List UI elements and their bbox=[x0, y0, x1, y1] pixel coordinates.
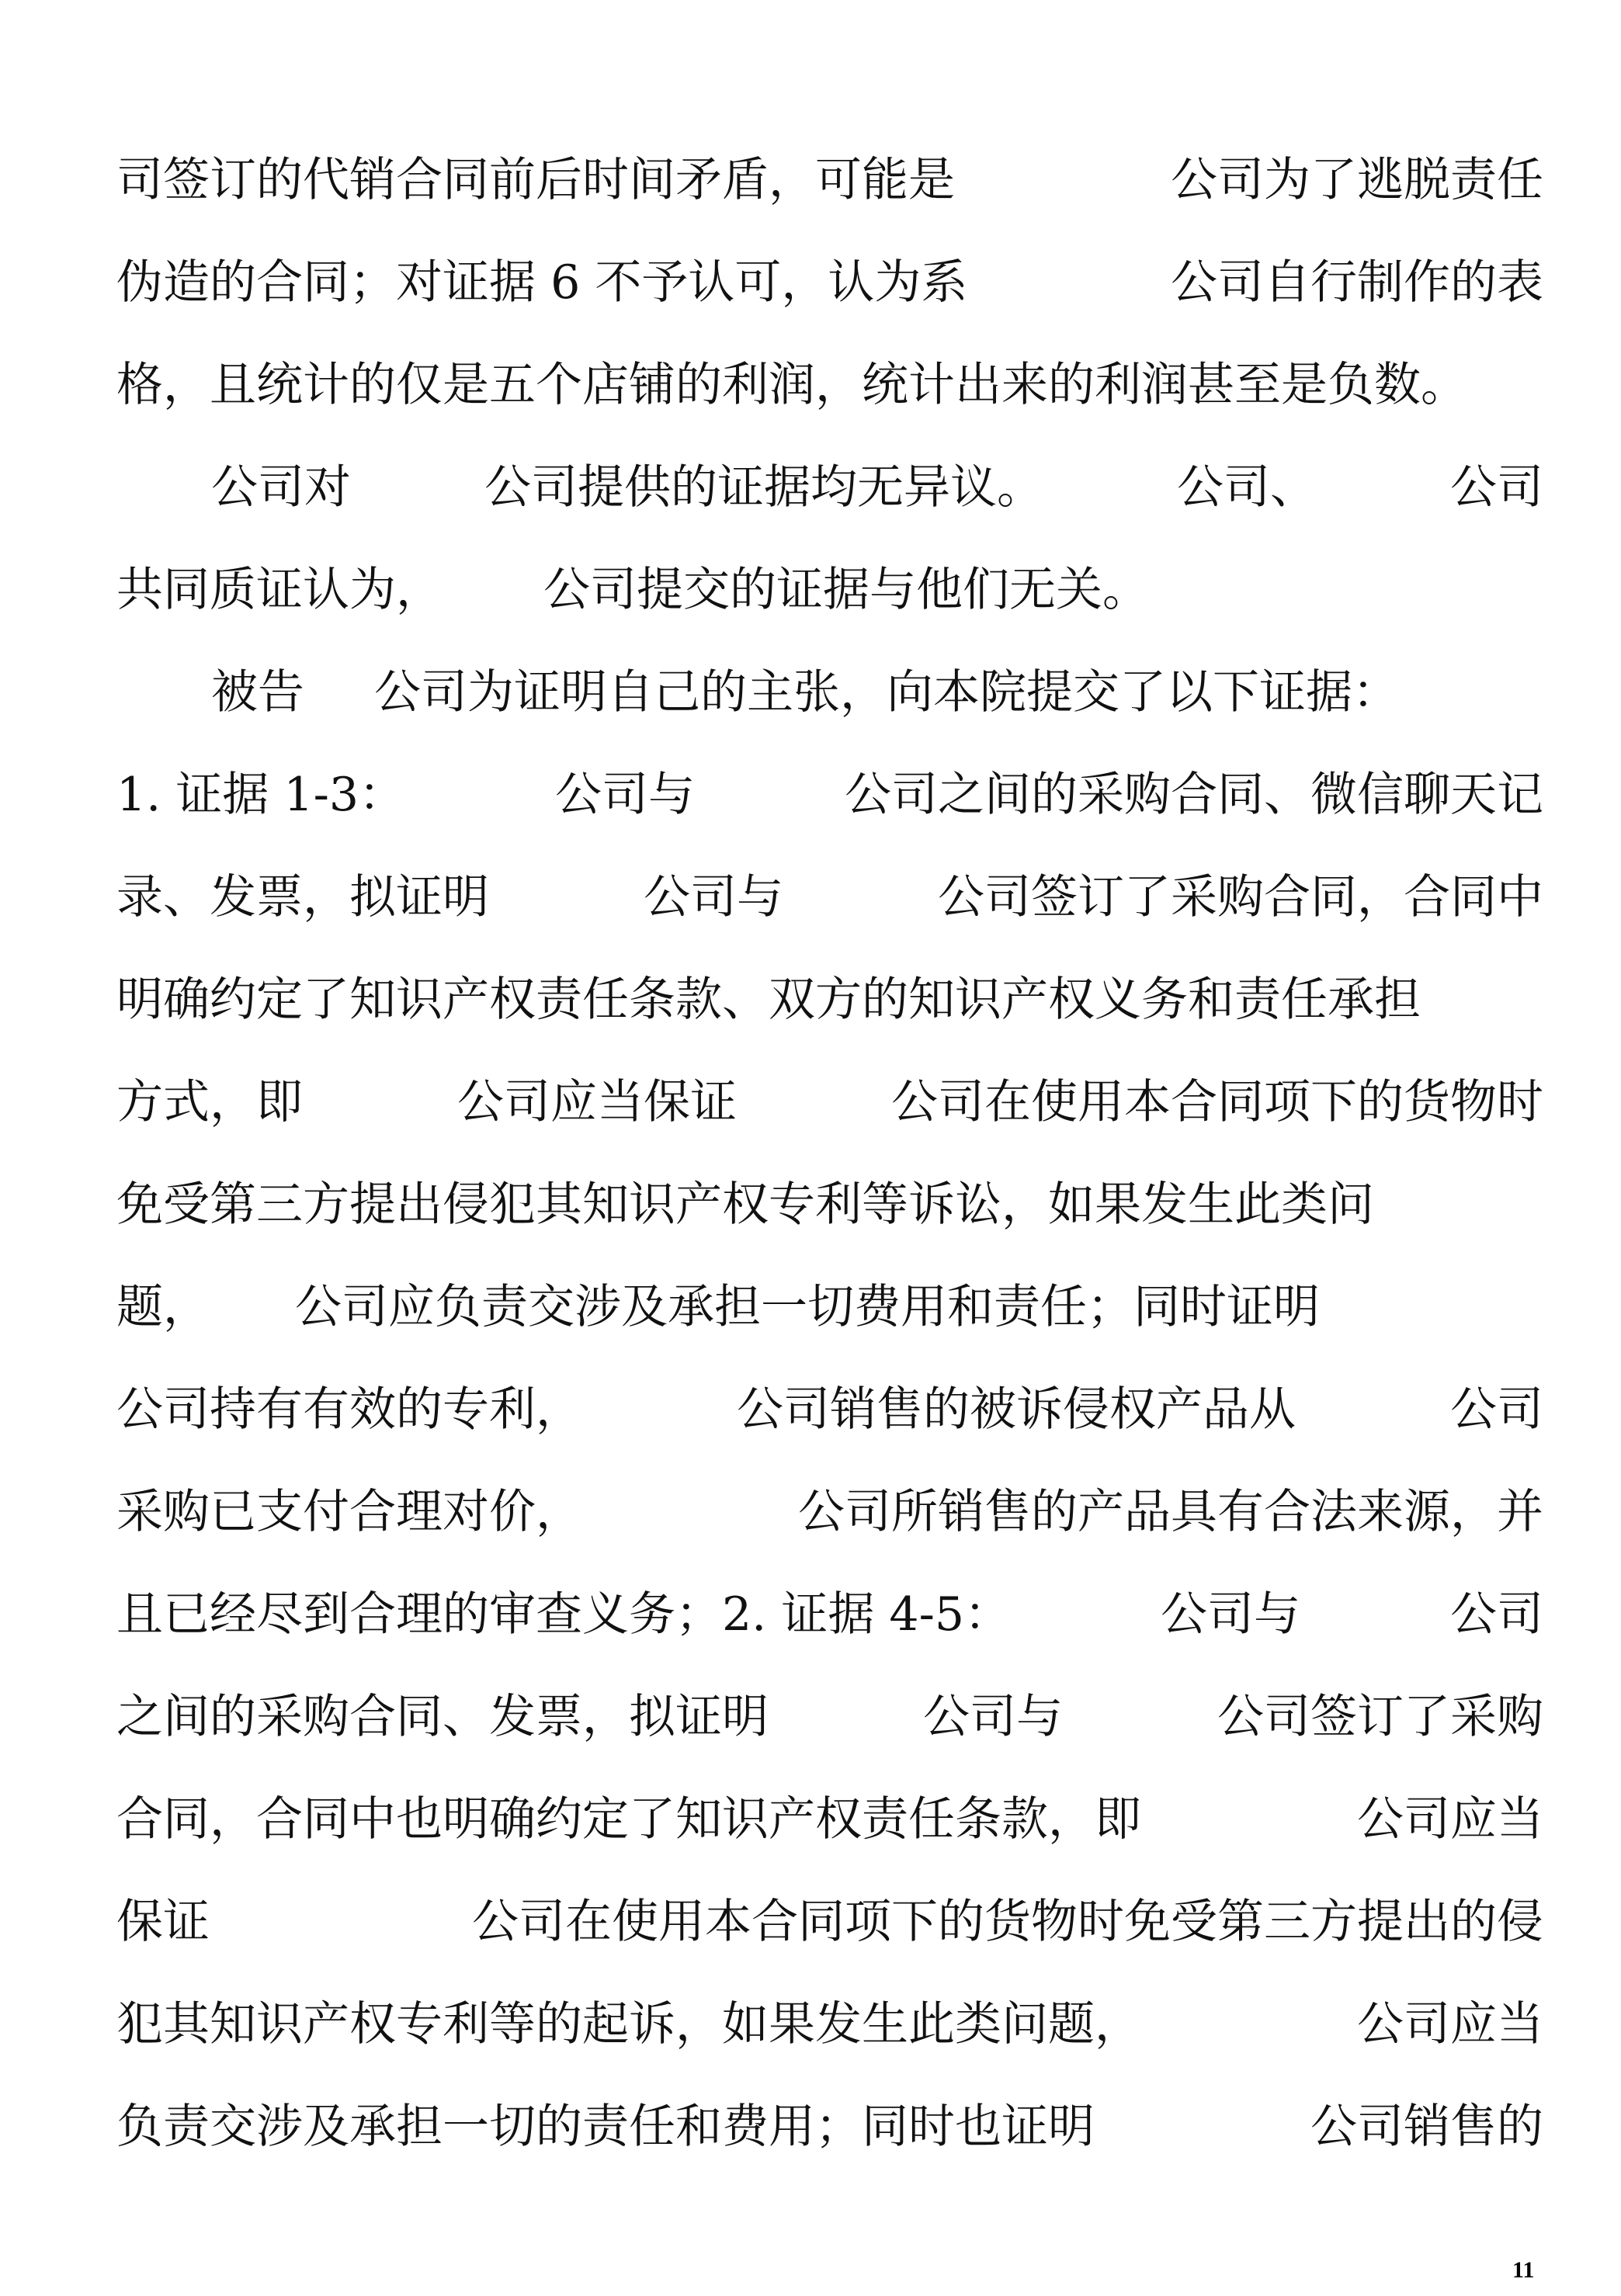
text-line-13: 公司持有有效的专利， 公司销售的被诉侵权产品从 公司 bbox=[116, 1371, 1543, 1448]
text-line-20: 负责交涉及承担一切的责任和费用；同时也证明 公司销售的 bbox=[116, 2088, 1543, 2166]
page-number: 11 bbox=[1512, 2257, 1534, 2284]
text-segment: 伪造的合同；对证据 6 不予认可，认为系 bbox=[116, 244, 967, 321]
text-segment: 公司与 bbox=[644, 858, 783, 936]
text-segment: 被告 bbox=[211, 654, 304, 731]
text-segment: 公司与 bbox=[923, 1678, 1063, 1756]
text-segment: 共同质证认为， bbox=[116, 551, 443, 629]
text-segment: 公司应当 bbox=[1357, 1781, 1543, 1858]
text-segment: 公司之间的采购合同、微信聊天记 bbox=[845, 756, 1543, 834]
text-segment: 公司所销售的产品具有合法来源，并 bbox=[798, 1473, 1543, 1551]
text-line-19: 犯其知识产权专利等的起诉，如果发生此类问题， 公司应当 bbox=[116, 1986, 1543, 2063]
text-segment: 免受第三方提出侵犯其知识产权专利等诉讼，如果发生此类问 bbox=[116, 1166, 1374, 1243]
text-line-7: 1. 证据 1-3： 公司与 公司之间的采购合同、微信聊天记 bbox=[116, 756, 1543, 834]
text-line-6: 被告 公司为证明自己的主张，向本院提交了以下证据： bbox=[211, 654, 1543, 731]
text-line-2: 伪造的合同；对证据 6 不予认可，认为系 公司自行制作的表 bbox=[116, 244, 1543, 321]
text-segment: 方式，即 bbox=[116, 1063, 303, 1141]
text-segment: 公司与 bbox=[1161, 1576, 1300, 1653]
text-line-17: 合同，合同中也明确约定了知识产权责任条款，即 公司应当 bbox=[116, 1781, 1543, 1858]
document-page: 司签订的代销合同前后时间矛盾，可能是 公司为了逃脱责任 伪造的合同；对证据 6 … bbox=[0, 0, 1621, 2296]
text-segment: 公司 bbox=[1450, 449, 1543, 526]
text-segment: 公司应当 bbox=[1357, 1986, 1543, 2063]
text-segment: 公司提交的证据与他们无关。 bbox=[543, 551, 1149, 629]
text-line-1: 司签订的代销合同前后时间矛盾，可能是 公司为了逃脱责任 bbox=[116, 141, 1543, 219]
text-segment: 负责交涉及承担一切的责任和费用；同时也证明 bbox=[116, 2088, 1095, 2166]
text-segment: 公司与 bbox=[555, 756, 695, 834]
text-segment: 公司、 bbox=[1177, 449, 1317, 526]
text-segment: 公司为证明自己的主张，向本院提交了以下证据： bbox=[374, 654, 1399, 731]
text-segment: 公司持有有效的专利， bbox=[116, 1371, 582, 1448]
text-line-14: 采购已支付合理对价， 公司所销售的产品具有合法来源，并 bbox=[116, 1473, 1543, 1551]
text-segment: 公司销售的 bbox=[1310, 2088, 1543, 2166]
text-segment: 保证 bbox=[116, 1883, 210, 1961]
text-segment: 明确约定了知识产权责任条款、双方的知识产权义务和责任承担 bbox=[116, 961, 1421, 1039]
text-segment: 公司 bbox=[1450, 1371, 1543, 1448]
text-segment: 公司签订了采购 bbox=[1217, 1678, 1543, 1756]
text-segment: 公司提供的证据均无异议。 bbox=[484, 449, 1043, 526]
text-segment: 公司自行制作的表 bbox=[1171, 244, 1543, 321]
text-line-9: 明确约定了知识产权责任条款、双方的知识产权义务和责任承担 bbox=[116, 961, 1543, 1039]
text-segment: 格，且统计的仅是五个店铺的利润，统计出来的利润甚至是负数。 bbox=[116, 346, 1467, 424]
text-line-12: 题， 公司应负责交涉及承担一切费用和责任；同时证明 bbox=[116, 1268, 1543, 1346]
text-line-16: 之间的采购合同、发票，拟证明 公司与 公司签订了采购 bbox=[116, 1678, 1543, 1756]
text-segment: 公司签订了采购合同，合同中 bbox=[938, 858, 1543, 936]
text-segment: 合同，合同中也明确约定了知识产权责任条款，即 bbox=[116, 1781, 1141, 1858]
text-segment: 犯其知识产权专利等的起诉，如果发生此类问题， bbox=[116, 1986, 1141, 2063]
text-line-10: 方式，即 公司应当保证 公司在使用本合同项下的货物时 bbox=[116, 1063, 1543, 1141]
text-segment: 公司为了逃脱责任 bbox=[1171, 141, 1543, 219]
text-segment: 公司对 bbox=[211, 449, 351, 526]
text-segment: 采购已支付合理对价， bbox=[116, 1473, 582, 1551]
text-line-11: 免受第三方提出侵犯其知识产权专利等诉讼，如果发生此类问 bbox=[116, 1166, 1543, 1243]
text-segment: 司签订的代销合同前后时间矛盾，可能是 bbox=[116, 141, 955, 219]
text-segment: 公司在使用本合同项下的货物时免受第三方提出的侵 bbox=[472, 1883, 1543, 1961]
text-segment: 1. 证据 1-3： bbox=[116, 756, 405, 834]
text-line-4: 公司对 公司提供的证据均无异议。 公司、 公司 bbox=[211, 449, 1543, 526]
text-segment: 公司应当保证 bbox=[457, 1063, 737, 1141]
text-line-18: 保证 公司在使用本合同项下的货物时免受第三方提出的侵 bbox=[116, 1883, 1543, 1961]
text-segment: 公司 bbox=[1450, 1576, 1543, 1653]
text-segment: 且已经尽到合理的审查义务；2. 证据 4-5： bbox=[116, 1576, 1011, 1653]
text-line-15: 且已经尽到合理的审查义务；2. 证据 4-5： 公司与 公司 bbox=[116, 1576, 1543, 1653]
text-line-5: 共同质证认为， 公司提交的证据与他们无关。 bbox=[116, 551, 1543, 629]
text-line-3: 格，且统计的仅是五个店铺的利润，统计出来的利润甚至是负数。 bbox=[116, 346, 1543, 424]
text-segment: 之间的采购合同、发票，拟证明 bbox=[116, 1678, 769, 1756]
text-segment: 录、发票，拟证明 bbox=[116, 858, 489, 936]
text-line-8: 录、发票，拟证明 公司与 公司签订了采购合同，合同中 bbox=[116, 858, 1543, 936]
text-segment: 公司销售的被诉侵权产品从 bbox=[737, 1371, 1296, 1448]
text-segment: 题， bbox=[116, 1268, 210, 1346]
text-segment: 公司在使用本合同项下的货物时 bbox=[891, 1063, 1543, 1141]
text-segment: 公司应负责交涉及承担一切费用和责任；同时证明 bbox=[295, 1268, 1320, 1346]
